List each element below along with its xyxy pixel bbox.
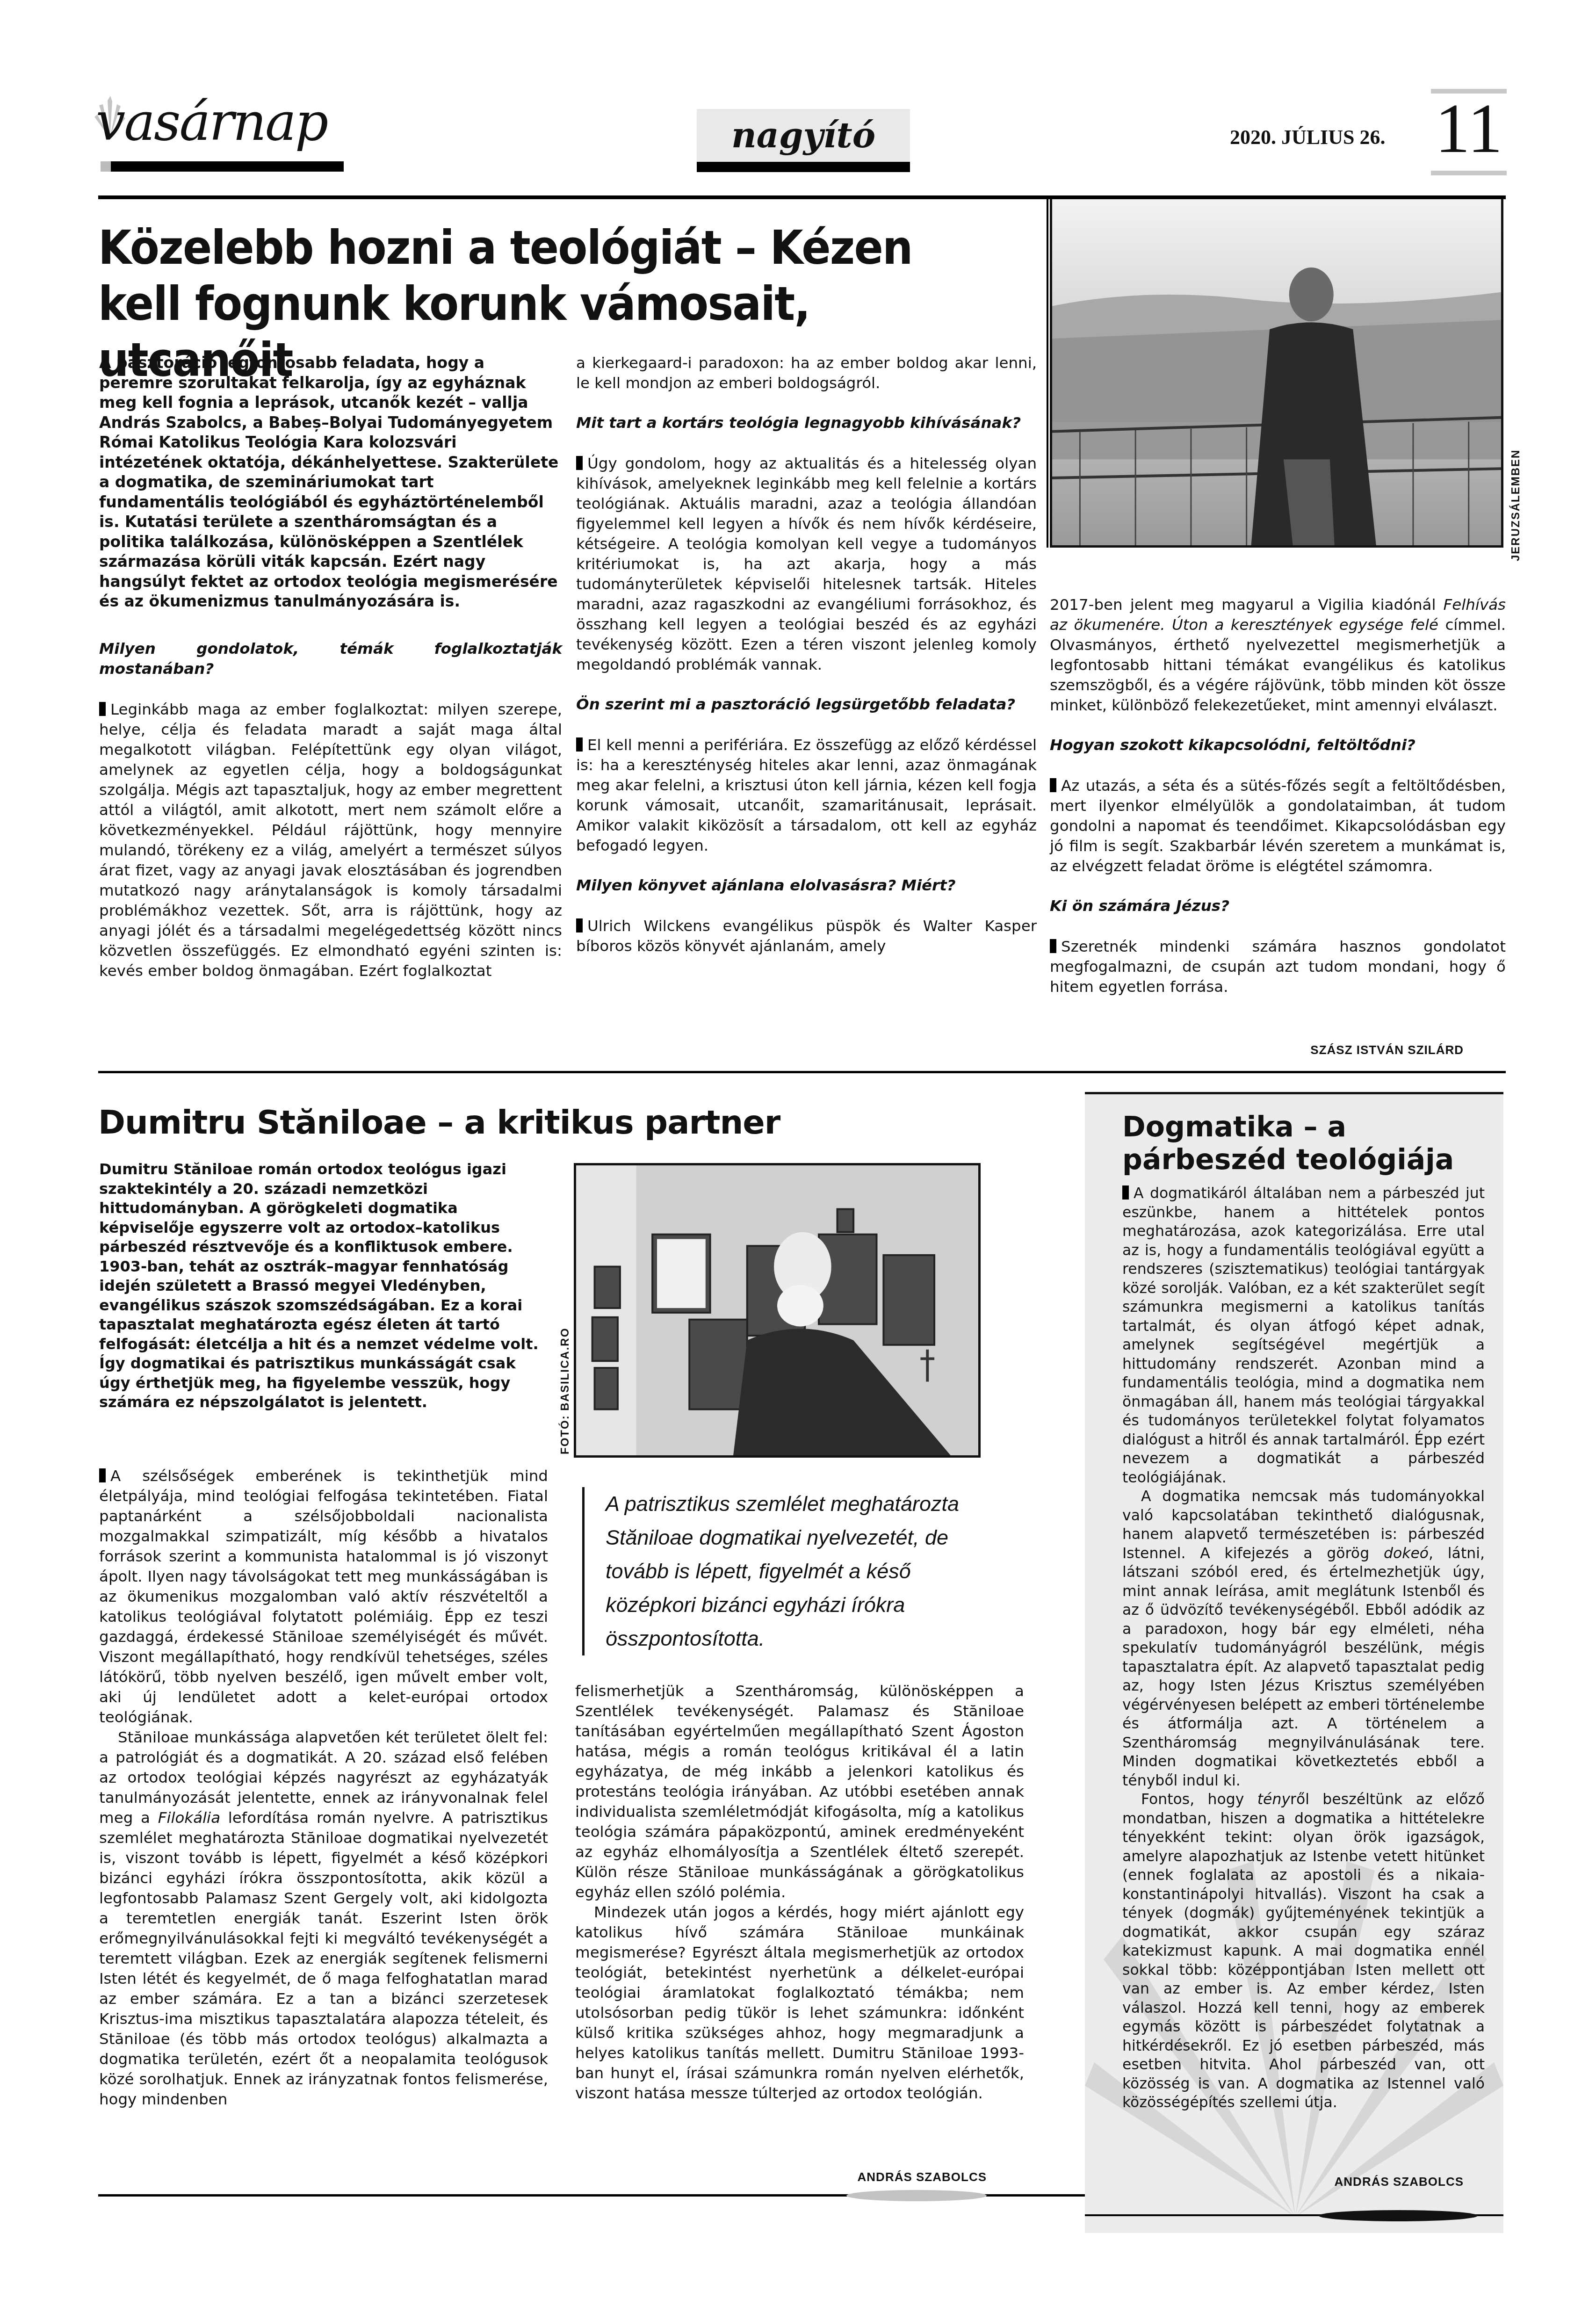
sidebar-body: A dogmatikáról általában nem a párbeszéd… xyxy=(1122,1184,1485,2112)
sidebar-paragraph-1: A dogmatikáról általában nem a párbeszéd… xyxy=(1122,1184,1485,1487)
article2-body-3: felismerhetjük a Szentháromság, különösk… xyxy=(575,1681,1024,1902)
article1-photo-credit: JERUZSÁLEMBEN xyxy=(1509,449,1523,561)
answer-marker-icon xyxy=(576,456,583,470)
article1-answer-1-continued: a kierkegaard-i paradoxon: ha az ember b… xyxy=(576,353,1037,393)
answer-marker-icon xyxy=(1050,939,1056,953)
byline-ornament xyxy=(1319,2210,1478,2221)
article2-column-2: felismerhetjük a Szentháromság, különösk… xyxy=(575,1681,1024,2103)
article1-answer-3: El kell menni a perifériára. Ez összefüg… xyxy=(576,735,1037,856)
article1-question-4: Milyen könyvet ajánlana elolvasásra? Mié… xyxy=(576,875,1037,896)
article2-headline: Dumitru Stăniloae – a kritikus partner xyxy=(98,1101,780,1143)
staniloae-portrait-image xyxy=(576,1165,978,1455)
answer-marker-icon xyxy=(1050,778,1056,792)
article1-column-1: A pasztoráció legfontosabb feladata, hog… xyxy=(99,353,562,981)
byline-ornament xyxy=(846,2190,987,2201)
masthead-rule xyxy=(98,195,1506,199)
article1-question-2: Mit tart a kortárs teológia legnagyobb k… xyxy=(576,413,1037,433)
logo-underline xyxy=(101,161,344,172)
page-number: 11 xyxy=(1431,94,1507,164)
dogmatika-sidebar: Dogmatika – a párbeszéd teológiája A dog… xyxy=(1085,1092,1503,2233)
page-number-rule-bottom xyxy=(1431,171,1507,175)
article1-answer-4-continued: 2017-ben jelent meg magyarul a Vigilia k… xyxy=(1050,595,1506,716)
article1-column-3: 2017-ben jelent meg magyarul a Vigilia k… xyxy=(1050,595,1506,997)
article1-byline: SZÁSZ ISTVÁN SZILÁRD xyxy=(1263,1043,1464,1057)
publication-logo[interactable]: vasárnap xyxy=(96,96,327,148)
answer-marker-icon xyxy=(576,737,583,752)
article2-body-1: A szélsőségek emberének is tekinthetjük … xyxy=(99,1466,548,1727)
article1-answer-4: Ulrich Wilckens evangélikus püspök és Wa… xyxy=(576,916,1037,956)
section-divider xyxy=(98,1071,1506,1073)
sidebar-paragraph-2: A dogmatika nemcsak más tudományokkal va… xyxy=(1122,1487,1485,1790)
sidebar-paragraph-3: Fontos, hogy tényről beszéltünk az előző… xyxy=(1122,1790,1485,2112)
article1-answer-1: Leginkább maga az ember foglalkoztat: mi… xyxy=(99,700,562,981)
article1-question-3: Ön szerint mi a pasztoráció legsürgetőbb… xyxy=(576,694,1037,715)
section-label: nagyító xyxy=(697,109,910,172)
article2-photo xyxy=(574,1163,981,1458)
article2-lead: Dumitru Stăniloae román ortodox teológus… xyxy=(99,1160,548,1412)
section-name: nagyító xyxy=(731,116,875,156)
article1-photo xyxy=(1050,199,1503,548)
answer-marker-icon xyxy=(576,918,583,932)
article2-photo-credit: FOTÓ: BASILICA.RO xyxy=(559,1328,572,1454)
issue-date: 2020. JÚLIUS 26. xyxy=(1230,125,1386,149)
logo-underline-accent xyxy=(101,161,111,172)
answer-marker-icon xyxy=(1122,1185,1129,1200)
article2-body-2: Stăniloae munkássága alapvetően két terü… xyxy=(99,1727,548,2110)
article1-question-1: Milyen gondolatok, témák foglalkoztatják… xyxy=(99,639,562,679)
jerusalem-portrait-image xyxy=(1052,199,1501,545)
article2-lead-column: Dumitru Stăniloae román ortodox teológus… xyxy=(99,1160,548,1412)
article2-byline: ANDRÁS SZABOLCS xyxy=(823,2170,987,2184)
article2-column-1: A szélsőségek emberének is tekinthetjük … xyxy=(99,1466,548,2110)
sidebar-headline: Dogmatika – a párbeszéd teológiája xyxy=(1122,1111,1478,1176)
emphasis-term: tény xyxy=(1257,1791,1290,1808)
book-title: Filokália xyxy=(158,1809,220,1827)
answer-marker-icon xyxy=(99,1468,106,1482)
article1-answer-2: Úgy gondolom, hogy az aktualitás és a hi… xyxy=(576,454,1037,675)
article1-question-6: Ki ön számára Jézus? xyxy=(1050,896,1506,916)
photo-frame-left xyxy=(1047,199,1048,548)
article1-question-5: Hogyan szokott kikapcsolódni, feltöltődn… xyxy=(1050,735,1506,755)
article1-answer-6: Szeretnék mindenki számára hasznos gondo… xyxy=(1050,937,1506,997)
article1-answer-5: Az utazás, a séta és a sütés-főzés segít… xyxy=(1050,776,1506,876)
answer-marker-icon xyxy=(99,702,106,716)
article1-column-2: a kierkegaard-i paradoxon: ha az ember b… xyxy=(576,353,1037,956)
article2-body-4: Mindezek után jogos a kérdés, hogy miért… xyxy=(575,1902,1024,2103)
pull-quote: A patrisztikus szemlélet meghatározta St… xyxy=(582,1487,980,1655)
sidebar-byline: ANDRÁS SZABOLCS xyxy=(1286,2175,1464,2189)
article1-lead: A pasztoráció legfontosabb feladata, hog… xyxy=(99,353,562,612)
greek-term: dokeó xyxy=(1384,1545,1429,1562)
